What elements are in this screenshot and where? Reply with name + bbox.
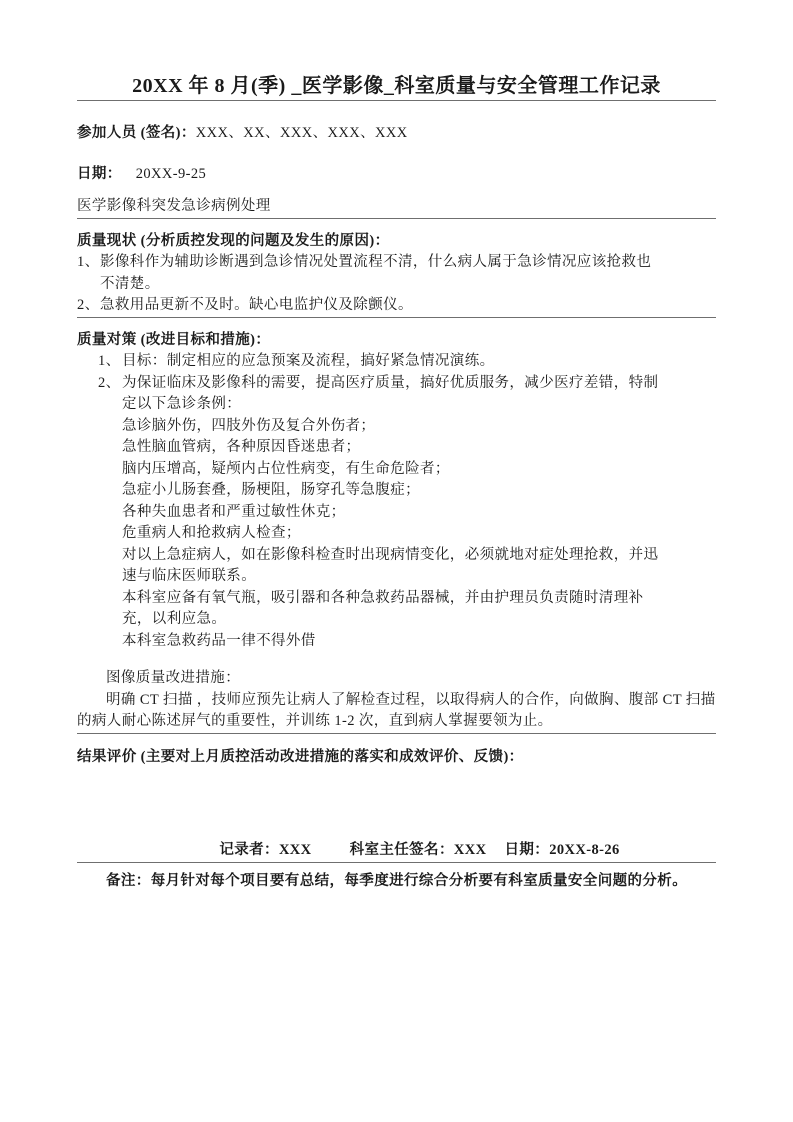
evaluation-heading: 结果评价 (主要对上月质控活动改进措施的落实和成效评价、反馈)： xyxy=(77,747,716,769)
status-item-text: 急救用品更新不及时。缺心电监护仪及除颤仪。 xyxy=(100,295,413,317)
divider-under-title xyxy=(77,100,716,101)
document-title: 20XX 年 8 月(季) _医学影像_科室质量与安全管理工作记录 xyxy=(77,72,716,100)
measures-subline: 对以上急症病人，如在影像科检查时出现病情变化，必须就地对症处理抢救，并迅速与临床… xyxy=(77,545,667,588)
measures-item-text: 为保证临床及影像科的需要，提高医疗质量，搞好优质服务，减少医疗差错，特制定以下急… xyxy=(122,373,667,416)
measures-item: 1、 目标：制定相应的应急预案及流程，搞好紧急情况演练。 xyxy=(77,351,716,373)
status-item-marker: 2、 xyxy=(77,295,100,317)
date-line: 日期：20XX-9-25 xyxy=(77,164,716,186)
divider-above-evaluation xyxy=(77,733,716,734)
measures-item: 2、 为保证临床及影像科的需要，提高医疗质量，搞好优质服务，减少医疗差错，特制定… xyxy=(77,373,716,416)
recorder-label: 记录者： xyxy=(219,840,279,862)
image-quality-heading: 图像质量改进措施： xyxy=(77,668,716,690)
measures-subline: 各种失血患者和严重过敏性休克； xyxy=(77,502,667,524)
measures-subline: 本科室急救药品一律不得外借 xyxy=(77,631,667,653)
measures-item-marker: 2、 xyxy=(98,373,122,416)
participants-line: 参加人员 (签名)：XXX、XX、XXX、XXX、XXX xyxy=(77,123,716,145)
recorder-value: XXX xyxy=(279,840,312,862)
measures-subline: 危重病人和抢救病人检查； xyxy=(77,523,667,545)
measures-item-marker: 1、 xyxy=(98,351,122,373)
signature-date-label: 日期： xyxy=(505,840,550,862)
measures-heading: 质量对策 (改进目标和措施)： xyxy=(77,330,716,352)
participants-value: XXX、XX、XXX、XXX、XXX xyxy=(196,125,408,141)
measures-subline: 急症小儿肠套叠，肠梗阻，肠穿孔等急腹症； xyxy=(77,480,667,502)
signature-spacer xyxy=(487,840,505,862)
measures-subline: 急性脑血管病，各种原因昏迷患者； xyxy=(77,437,667,459)
image-quality-paragraph: 明确 CT 扫描 ，技师应预先让病人了解检查过程，以取得病人的合作，向做胸、腹部… xyxy=(77,690,716,733)
status-item: 2、 急救用品更新不及时。缺心电监护仪及除颤仪。 xyxy=(77,295,716,317)
measures-item-text: 目标：制定相应的应急预案及流程，搞好紧急情况演练。 xyxy=(122,351,495,373)
measures-subline: 本科室应备有氧气瓶，吸引器和各种急救药品器械，并由护理员负责随时清理补充，以利应… xyxy=(77,588,667,631)
divider-above-measures xyxy=(77,317,716,318)
signature-date-value: 20XX-8-26 xyxy=(549,840,619,862)
date-label: 日期： xyxy=(77,166,122,182)
divider-above-status xyxy=(77,218,716,219)
status-item-text: 影像科作为辅助诊断遇到急诊情况处置流程不清，什么病人属于急诊情况应该抢救也不清楚… xyxy=(100,252,660,295)
signature-line: 记录者：XXX科室主任签名：XXX日期：20XX-8-26 xyxy=(77,840,716,862)
measures-subline: 脑内压增高，疑颅内占位性病变，有生命危险者； xyxy=(77,459,667,481)
note-line: 备注：每月针对每个项目要有总结，每季度进行综合分析要有科室质量安全问题的分析。 xyxy=(77,871,716,893)
measures-subline: 急诊脑外伤，四肢外伤及复合外伤者； xyxy=(77,416,667,438)
topic-line: 医学影像科突发急诊病例处理 xyxy=(77,196,716,218)
director-label: 科室主任签名： xyxy=(350,840,454,862)
divider-above-note xyxy=(77,862,716,863)
document-page: 20XX 年 8 月(季) _医学影像_科室质量与安全管理工作记录 参加人员 (… xyxy=(0,0,793,1122)
signature-spacer xyxy=(312,840,350,862)
participants-label: 参加人员 (签名)： xyxy=(77,125,196,141)
director-value: XXX xyxy=(454,840,487,862)
status-heading: 质量现状 (分析质控发现的问题及发生的原因)： xyxy=(77,231,716,253)
date-value: 20XX-9-25 xyxy=(136,166,206,182)
status-item-marker: 1、 xyxy=(77,252,100,295)
status-item: 1、 影像科作为辅助诊断遇到急诊情况处置流程不清，什么病人属于急诊情况应该抢救也… xyxy=(77,252,716,295)
